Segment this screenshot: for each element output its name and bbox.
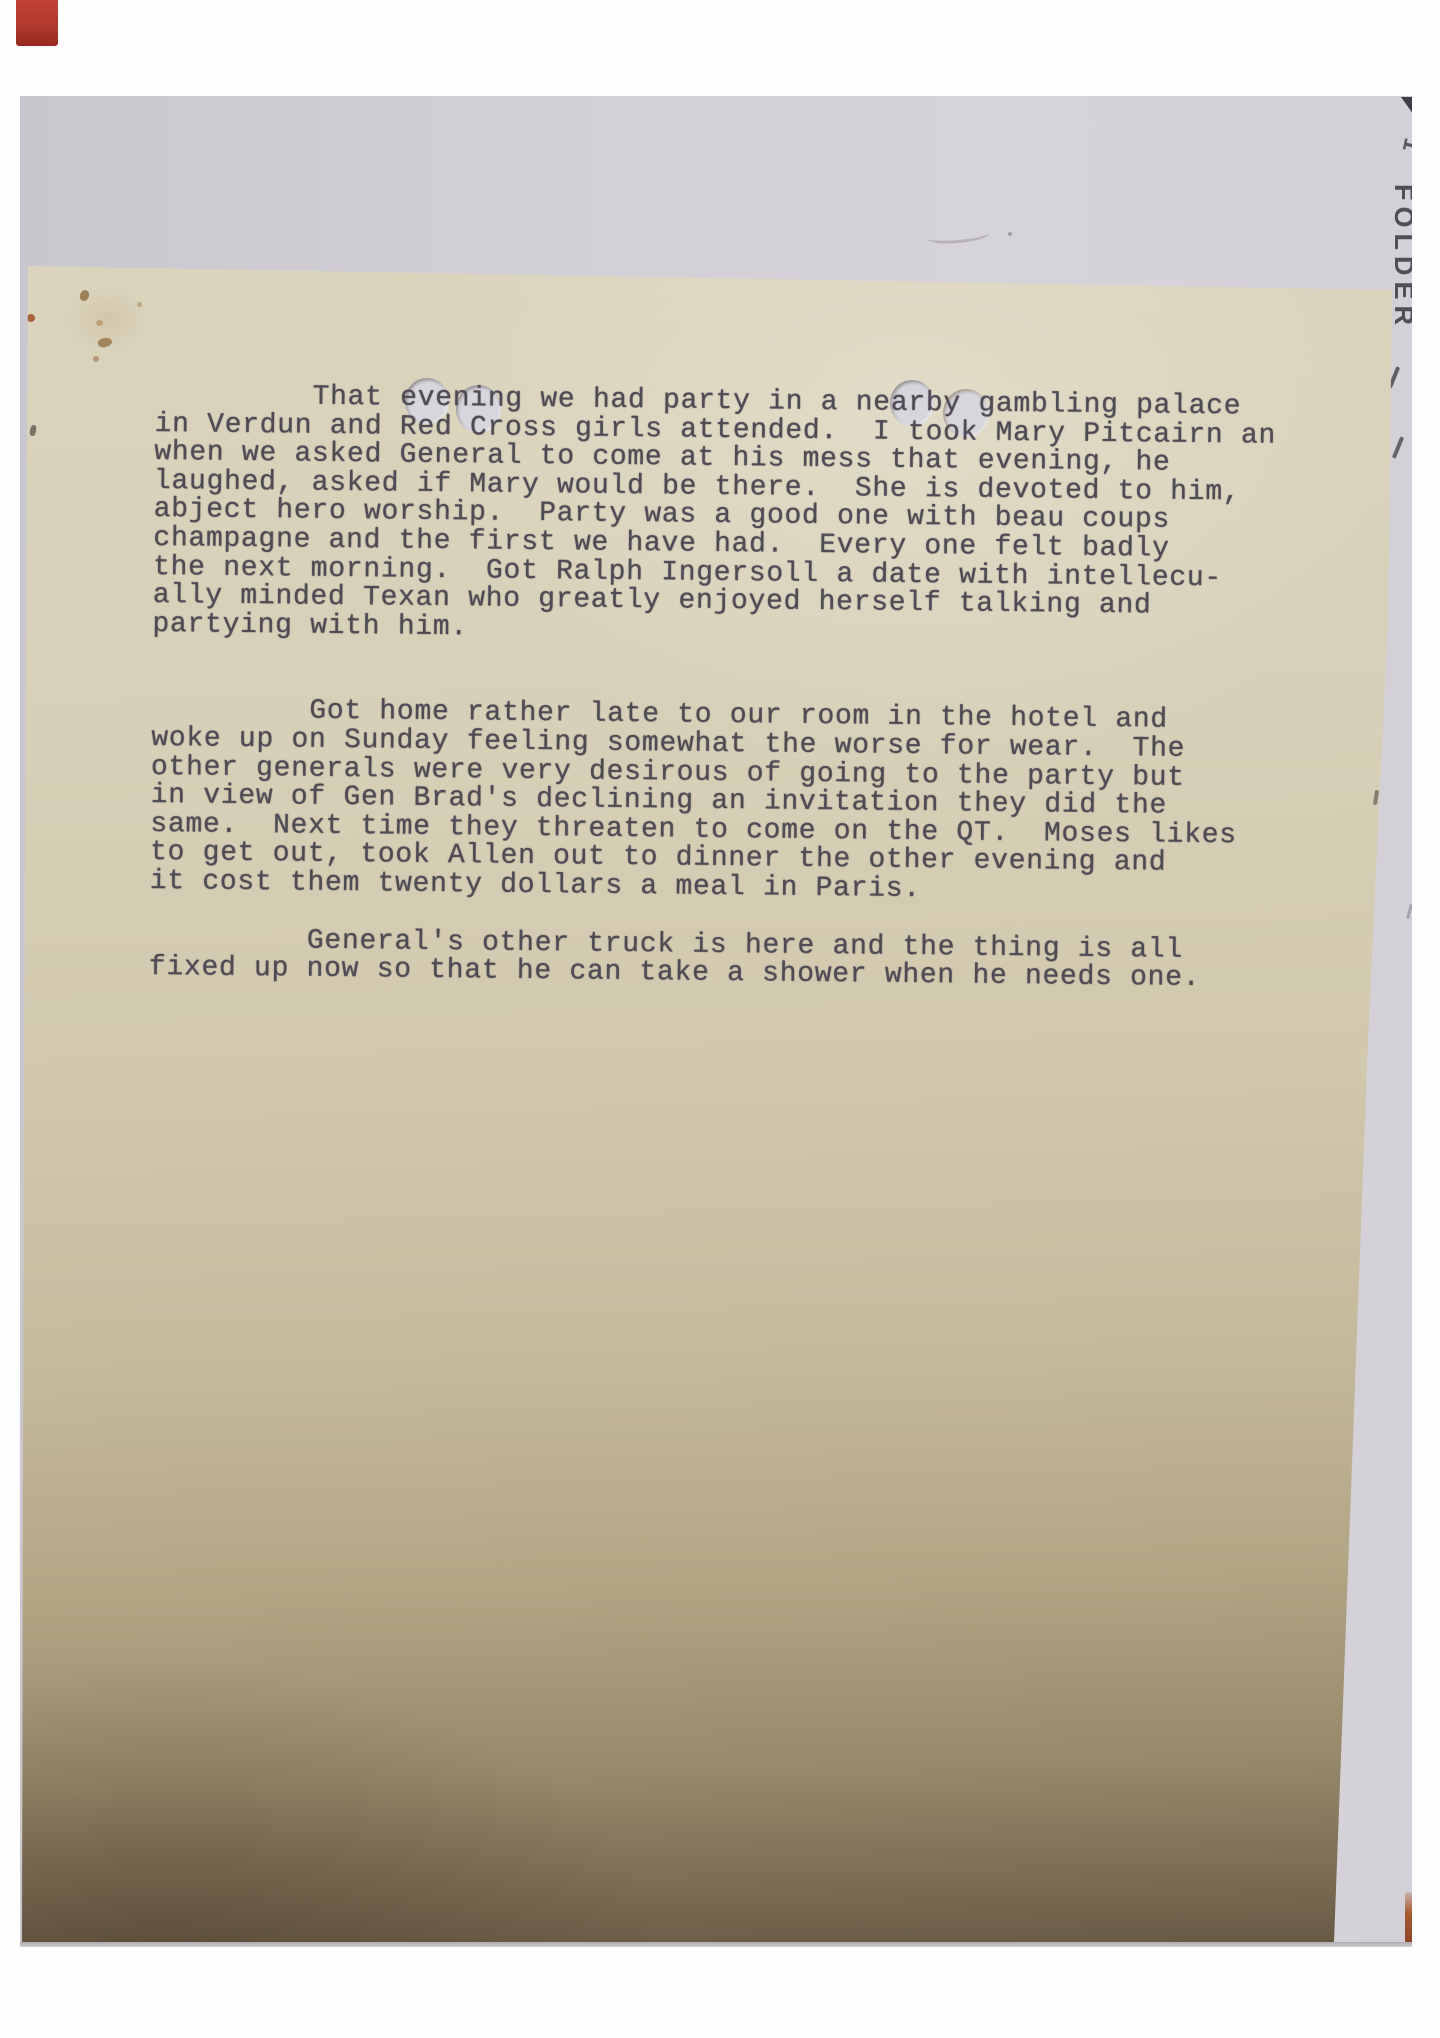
folder-edge-tick: 1 [1396, 135, 1412, 154]
folder-corner-wedge [1401, 97, 1412, 121]
rust-speck [93, 356, 99, 362]
pencil-dot [1008, 232, 1012, 236]
red-corner-mark [16, 0, 58, 46]
rust-streak [1405, 1892, 1412, 1945]
edge-smudge [1406, 904, 1412, 919]
typewritten-page: That evening we had party in a nearby ga… [22, 264, 1394, 1942]
rust-speck [137, 302, 142, 307]
edge-mark [1373, 790, 1379, 805]
scan-backing-sheet: 1 FOLDER That evening we had party in a … [20, 96, 1412, 1947]
typewritten-paragraph: That evening we had party in a nearby ga… [152, 382, 1320, 652]
typewritten-paragraph: General's other truck is here and the th… [149, 925, 1315, 994]
typewritten-text-block: That evening we had party in a nearby ga… [149, 382, 1320, 995]
folder-edge-slash [1392, 436, 1404, 459]
pencil-smudge [925, 225, 990, 246]
scanned-document-view: 1 FOLDER That evening we had party in a … [0, 0, 1440, 2038]
rust-speck [27, 314, 35, 322]
typewritten-paragraph: Got home rather late to our room in the … [150, 696, 1317, 908]
ink-speck [29, 424, 37, 436]
rust-speck [96, 320, 103, 326]
